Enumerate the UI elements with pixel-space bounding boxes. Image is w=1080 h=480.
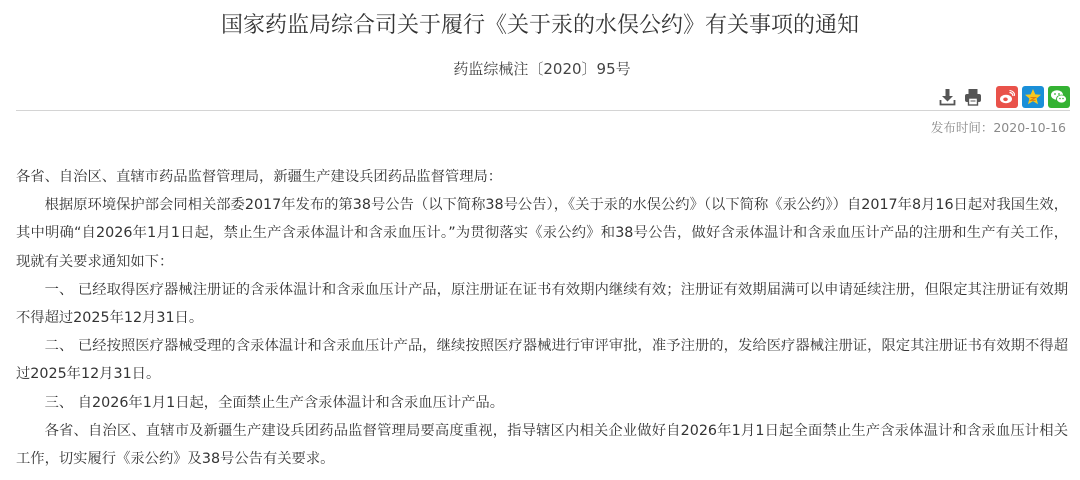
publish-time-label: 发布时间： xyxy=(931,120,994,135)
publish-date: 2020-10-16 xyxy=(993,120,1066,135)
document-number: 药监综械注〔2020〕95号 xyxy=(0,58,1080,80)
download-icon[interactable] xyxy=(938,88,956,106)
article-paragraph: 各省、自治区、直辖市及新疆生产建设兵团药品监督管理局要高度重视，指导辖区内相关企… xyxy=(16,417,1068,473)
header-divider xyxy=(16,110,1070,111)
page-title: 国家药监局综合司关于履行《关于汞的水俣公约》有关事项的通知 xyxy=(0,10,1080,42)
printer-icon[interactable] xyxy=(964,88,982,106)
article-paragraph: 一、 已经取得医疗器械注册证的含汞体温计和含汞血压计产品，原注册证在证书有效期内… xyxy=(16,276,1068,332)
qzone-icon[interactable] xyxy=(1022,86,1044,108)
salutation: 各省、自治区、直辖市药品监督管理局，新疆生产建设兵团药品监督管理局： xyxy=(16,163,1068,191)
article-toolbar xyxy=(930,85,1070,109)
weibo-icon[interactable] xyxy=(996,86,1018,108)
article-paragraph: 根据原环境保护部会同相关部委2017年发布的第38号公告（以下简称38号公告），… xyxy=(16,191,1068,276)
article-paragraph: 二、 已经按照医疗器械受理的含汞体温计和含汞血压计产品，继续按照医疗器械进行审评… xyxy=(16,332,1068,388)
article-paragraph: 三、 自2026年1月1日起，全面禁止生产含汞体温计和含汞血压计产品。 xyxy=(16,389,1068,417)
article-body: 各省、自治区、直辖市药品监督管理局，新疆生产建设兵团药品监督管理局： 根据原环境… xyxy=(16,163,1068,473)
wechat-icon[interactable] xyxy=(1048,86,1070,108)
publish-time: 发布时间：2020-10-16 xyxy=(931,119,1066,137)
